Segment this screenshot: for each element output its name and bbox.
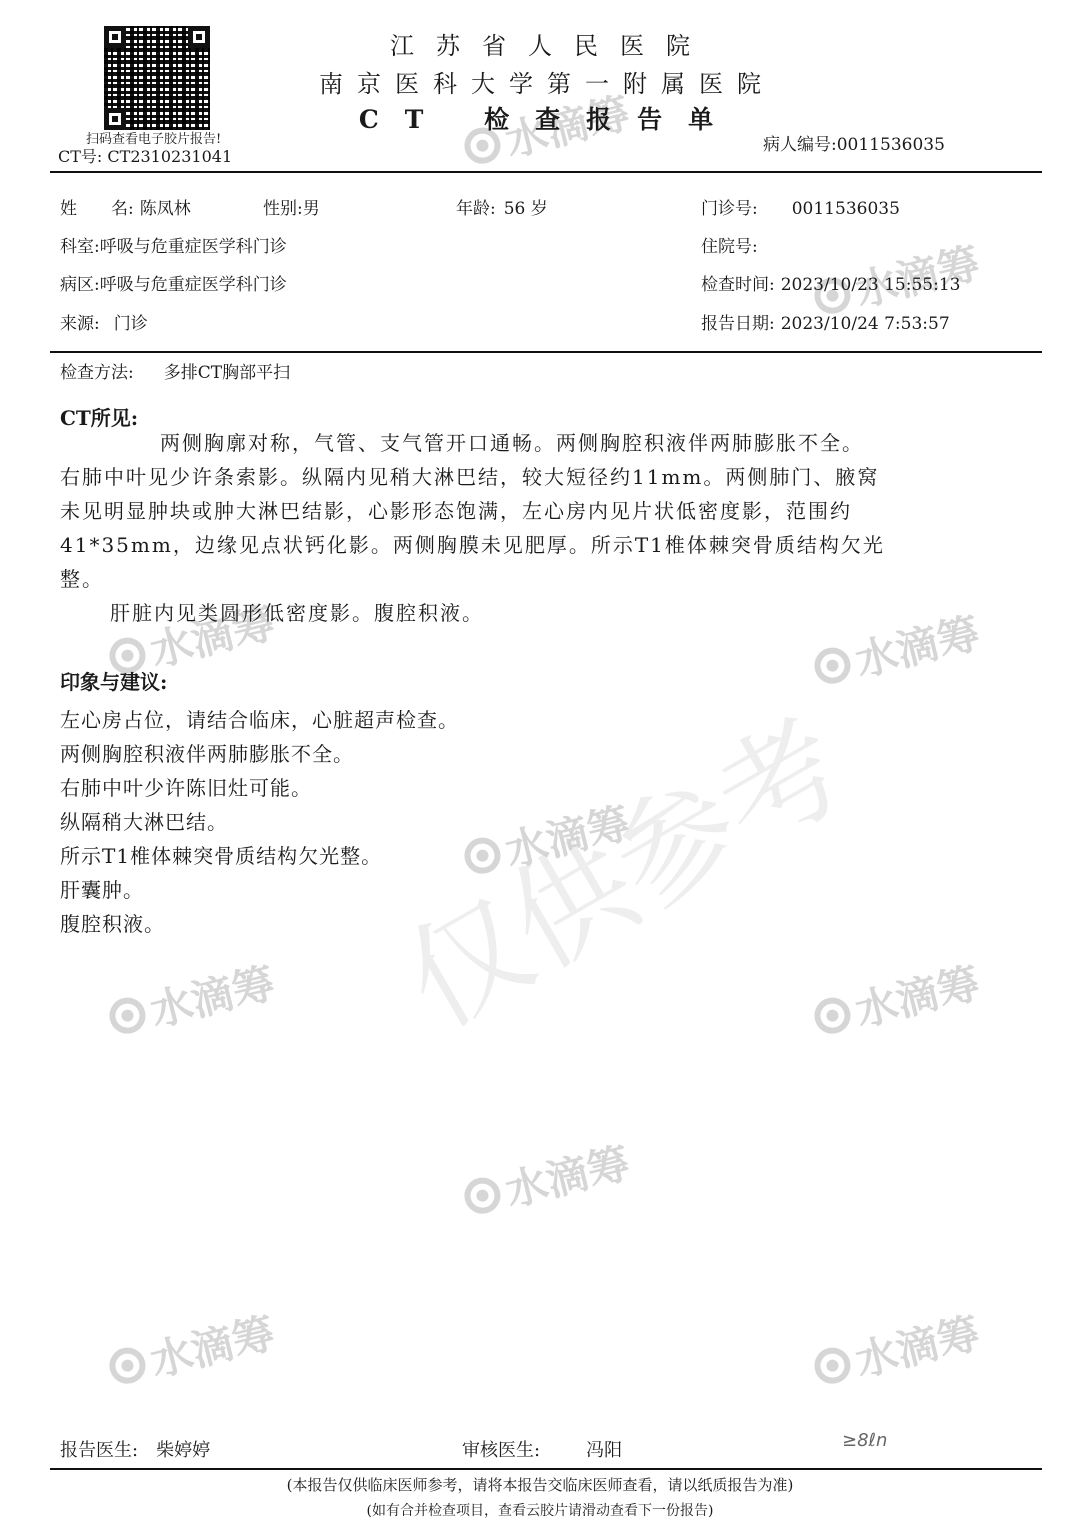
reporting-doctor-field: 报告医生:柴婷婷: [60, 1436, 210, 1462]
exam-method-label: 检查方法:: [60, 363, 134, 383]
department-value: 呼吸与危重症医学科门诊: [100, 237, 287, 257]
exam-method-field: 检查方法:多排CT胸部平扫: [60, 358, 290, 383]
watermark: 水滴筹: [458, 1130, 636, 1229]
source-field: 来源:门诊: [60, 309, 148, 334]
source-label: 来源:: [60, 314, 100, 334]
ward-field: 病区:呼吸与危重症医学科门诊: [60, 270, 287, 295]
water-drop-icon: [461, 834, 505, 878]
exam-time-field: 检查时间:2023/10/23 15:55:13: [701, 270, 960, 295]
reviewing-doctor-value: 冯阳: [586, 1440, 622, 1461]
age-label: 年龄:: [456, 199, 496, 219]
department-field: 科室:呼吸与危重症医学科门诊: [60, 232, 287, 257]
impression-item: 右肺中叶少许陈旧灶可能。: [60, 771, 459, 805]
ct-number-value: CT2310231041: [107, 147, 232, 166]
patient-id-label: 病人编号:: [763, 135, 837, 155]
reporting-doctor-label: 报告医生:: [60, 1440, 138, 1461]
impression-item: 纵隔稍大淋巴结。: [60, 805, 459, 839]
exam-time-label: 检查时间:: [701, 275, 775, 295]
watermark: 水滴筹: [103, 1300, 281, 1399]
findings-line: 未见明显肿块或肿大淋巴结影，心影形态饱满，左心房内见片状低密度影，范围约: [60, 494, 1040, 528]
sex-value: 男: [303, 199, 320, 219]
sex-field: 性别:男: [263, 194, 320, 219]
name-field: 姓 名:陈凤林: [60, 194, 191, 219]
sex-label: 性别:: [263, 199, 303, 219]
name-label: 姓 名:: [60, 199, 134, 219]
ward-value: 呼吸与危重症医学科门诊: [100, 275, 287, 295]
reviewing-doctor-label: 审核医生:: [462, 1440, 540, 1461]
findings-body: 两侧胸廓对称，气管、支气管开口通畅。两侧胸腔积液伴两肺膨胀不全。 右肺中叶见少许…: [60, 426, 1040, 630]
ward-label: 病区:: [60, 275, 100, 295]
findings-line: 41*35mm，边缘见点状钙化影。两侧胸膜未见肥厚。所示T1椎体棘突骨质结构欠光: [60, 528, 1040, 562]
age-field: 年龄:56 岁: [456, 194, 548, 219]
impression-item: 肝囊肿。: [60, 873, 459, 907]
outpatient-no-value: 0011536035: [792, 199, 900, 219]
water-drop-icon: [106, 1344, 150, 1388]
inpatient-no-label: 住院号:: [701, 237, 758, 257]
hospital-name: 江苏省人民医院: [0, 26, 1080, 61]
hospital-affiliate: 南京医科大学第一附属医院: [0, 64, 1080, 99]
inpatient-no-field: 住院号:: [701, 232, 758, 257]
water-drop-icon: [461, 1174, 505, 1218]
report-date-value: 2023/10/24 7:53:57: [781, 314, 950, 334]
findings-line: 整。: [60, 562, 1040, 596]
report-date-label: 报告日期:: [701, 314, 775, 334]
name-value: 陈凤林: [140, 199, 191, 219]
impression-item: 所示T1椎体棘突骨质结构欠光整。: [60, 839, 459, 873]
water-drop-icon: [811, 1344, 855, 1388]
patient-info-divider: [50, 351, 1042, 353]
footer-note-2: (如有合并检查项目，查看云胶片请滑动查看下一份报告): [0, 1500, 1080, 1520]
handwritten-signature: ≥8ℓn: [842, 1430, 887, 1451]
impression-item: 左心房占位，请结合临床，心脏超声检查。: [60, 703, 459, 737]
watermark: 水滴筹: [103, 950, 281, 1049]
impression-list: 左心房占位，请结合临床，心脏超声检查。 两侧胸腔积液伴两肺膨胀不全。 右肺中叶少…: [60, 703, 459, 941]
source-value: 门诊: [114, 314, 148, 334]
department-label: 科室:: [60, 237, 100, 257]
ct-number: CT号: CT2310231041: [58, 144, 232, 167]
reviewing-doctor-field: 审核医生:冯阳: [462, 1436, 622, 1462]
patient-id: 病人编号:0011536035: [763, 130, 945, 155]
ct-number-label: CT号:: [58, 147, 102, 166]
findings-line: 两侧胸廓对称，气管、支气管开口通畅。两侧胸腔积液伴两肺膨胀不全。: [60, 426, 1040, 460]
exam-method-value: 多排CT胸部平扫: [164, 363, 290, 383]
water-drop-icon: [811, 644, 855, 688]
findings-line: 右肺中叶见少许条索影。纵隔内见稍大淋巴结，较大短径约11mm。两侧肺门、腋窝: [60, 460, 1040, 494]
water-drop-icon: [106, 994, 150, 1038]
water-drop-icon: [811, 994, 855, 1038]
footer-divider: [50, 1468, 1042, 1470]
patient-id-value: 0011536035: [837, 135, 945, 155]
impression-heading: 印象与建议:: [60, 666, 167, 695]
footer-note-1: (本报告仅供临床医师参考，请将本报告交临床医师查看，请以纸质报告为准): [0, 1474, 1080, 1495]
watermark: 水滴筹: [808, 950, 986, 1049]
outpatient-no-label: 门诊号:: [701, 199, 758, 219]
header-divider: [50, 171, 1042, 173]
report-date-field: 报告日期:2023/10/24 7:53:57: [701, 309, 950, 334]
exam-time-value: 2023/10/23 15:55:13: [781, 275, 961, 295]
reporting-doctor-value: 柴婷婷: [156, 1440, 210, 1461]
watermark: 水滴筹: [808, 1300, 986, 1399]
findings-paragraph-2: 肝脏内见类圆形低密度影。腹腔积液。: [60, 596, 1040, 630]
impression-item: 两侧胸腔积液伴两肺膨胀不全。: [60, 737, 459, 771]
age-value: 56 岁: [504, 199, 548, 219]
outpatient-no-field: 门诊号:0011536035: [701, 194, 900, 219]
impression-item: 腹腔积液。: [60, 907, 459, 941]
